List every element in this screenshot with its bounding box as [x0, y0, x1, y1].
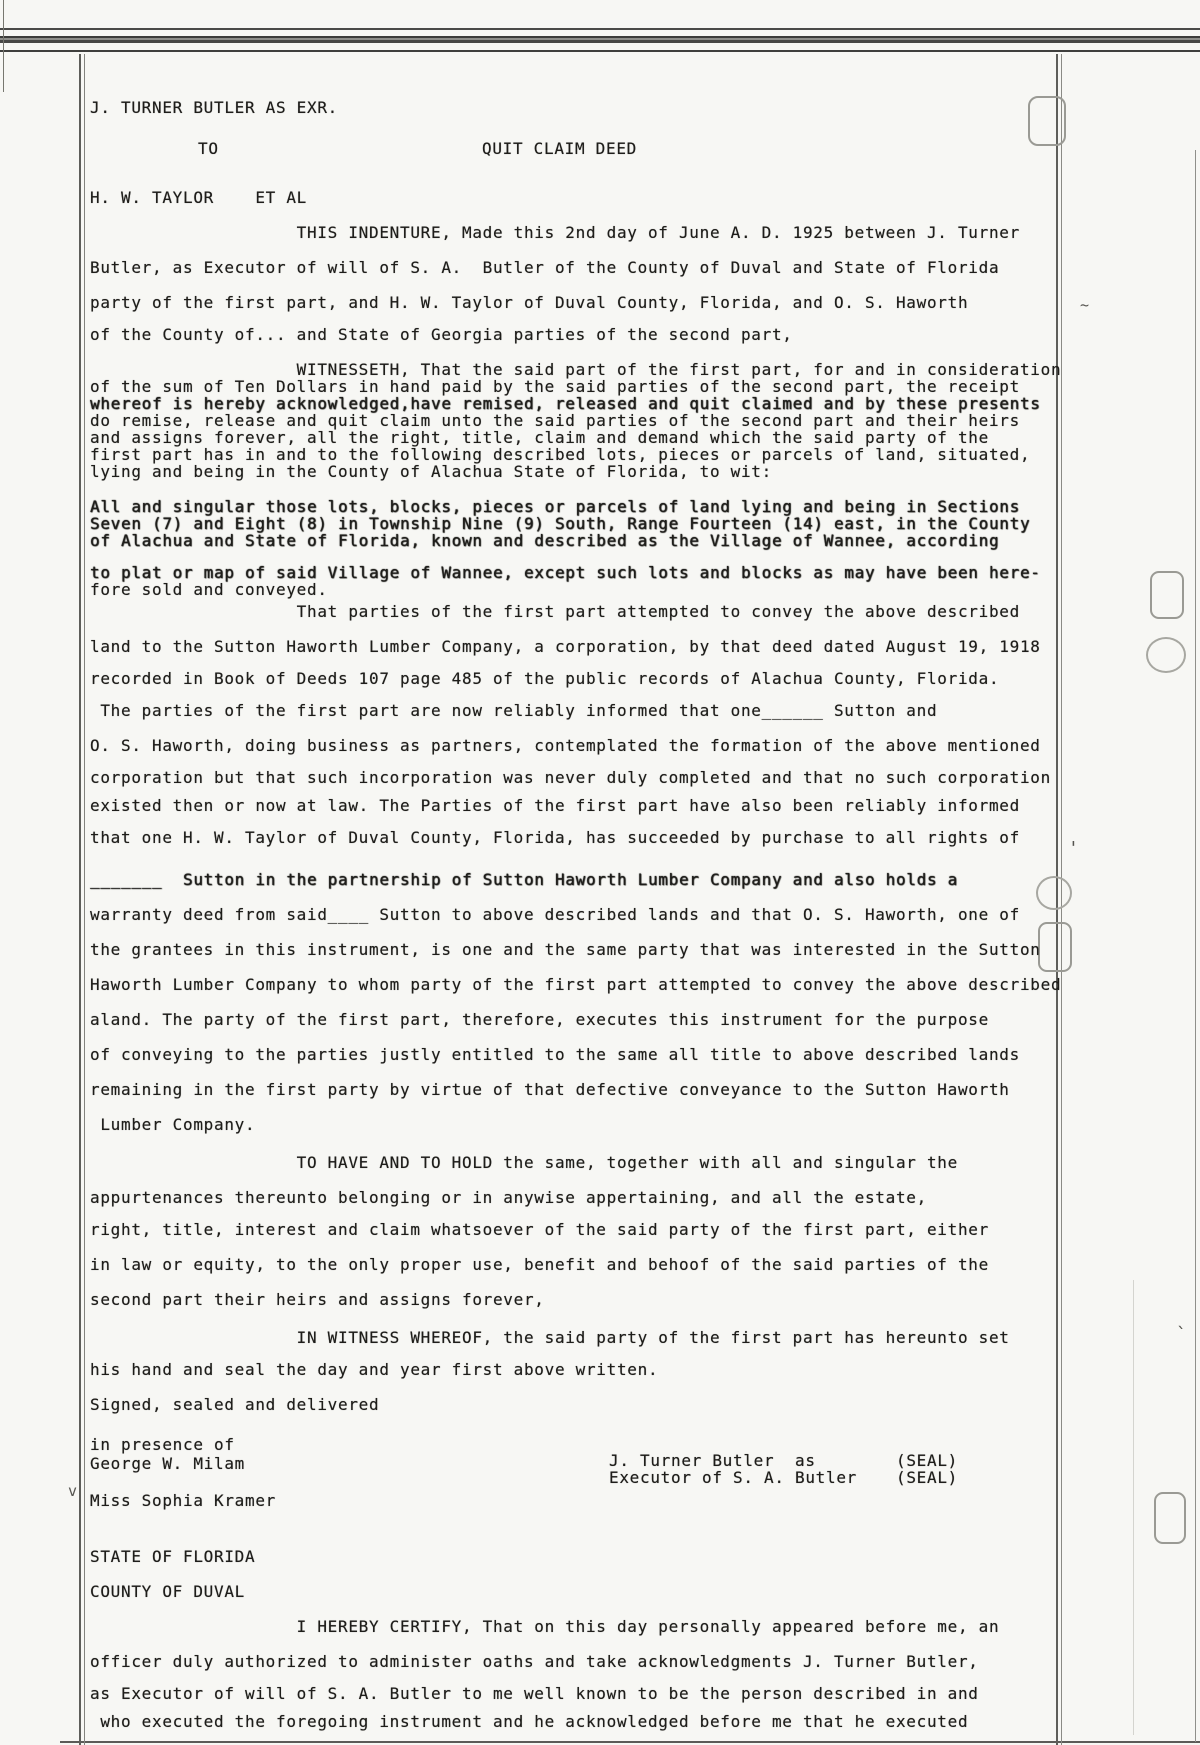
- signature-block: George W. Milam Miss Sophia Kramer J. Tu…: [90, 1448, 1080, 1543]
- notary-block: STATE OF FLORIDACOUNTY OF DUVAL I HEREBY…: [90, 1548, 1080, 1730]
- document-line: officer duly authorized to administer oa…: [90, 1653, 1080, 1670]
- document-line: THIS INDENTURE, Made this 2nd day of Jun…: [90, 224, 1080, 241]
- document-line: Haworth Lumber Company to whom party of …: [90, 976, 1080, 993]
- document-line: WITNESSETH, That the said part of the fi…: [90, 361, 1080, 378]
- document-text: J. TURNER BUTLER AS EXR. TO QUIT CLAIM D…: [90, 0, 1080, 1745]
- scanned-deed-page: v ' ~ ` J. TURNER BUTLER AS EXR. TO QUIT…: [0, 0, 1200, 1745]
- document-line: first part has in and to the following d…: [90, 446, 1080, 463]
- document-line: appurtenances thereunto belonging or in …: [90, 1189, 1080, 1206]
- document-line: of the County of... and State of Georgia…: [90, 326, 1080, 343]
- document-line: Signed, sealed and delivered: [90, 1396, 1080, 1413]
- page-edge-line: [1195, 150, 1196, 1742]
- caption-to: TO: [198, 140, 219, 157]
- document-line: remaining in the first party by virtue o…: [90, 1081, 1080, 1098]
- document-line: All and singular those lots, blocks, pie…: [90, 498, 1080, 515]
- seal-1: (SEAL): [896, 1452, 958, 1469]
- left-border-line-inner: [84, 54, 85, 1745]
- document-line: whereof is hereby acknowledged,have remi…: [90, 395, 1080, 412]
- punch-hole-outline: [1146, 637, 1186, 673]
- document-line: COUNTY OF DUVAL: [90, 1583, 1080, 1600]
- document-line: of conveying to the parties justly entit…: [90, 1046, 1080, 1063]
- document-line: land to the Sutton Haworth Lumber Compan…: [90, 638, 1080, 655]
- document-line: as Executor of will of S. A. Butler to m…: [90, 1685, 1080, 1702]
- document-line: _______ Sutton in the partnership of Sut…: [90, 871, 1080, 888]
- signer-line-1: J. Turner Butler as: [609, 1452, 816, 1469]
- witness-name-2: Miss Sophia Kramer: [90, 1492, 276, 1509]
- left-border-line: [79, 54, 81, 1745]
- document-line: I HEREBY CERTIFY, That on this day perso…: [90, 1618, 1080, 1635]
- document-line: Seven (7) and Eight (8) in Township Nine…: [90, 515, 1080, 532]
- punch-hole-outline: [1154, 1492, 1186, 1544]
- scan-streak: [1133, 1280, 1134, 1735]
- document-line: who executed the foregoing instrument an…: [90, 1713, 1080, 1730]
- document-line: STATE OF FLORIDA: [90, 1548, 1080, 1565]
- punch-hole-outline: [1150, 571, 1184, 619]
- document-line: do remise, release and quit claim unto t…: [90, 412, 1080, 429]
- document-line: of Alachua and State of Florida, known a…: [90, 532, 1080, 549]
- document-line: fore sold and conveyed.: [90, 581, 1080, 598]
- document-line: of the sum of Ten Dollars in hand paid b…: [90, 378, 1080, 395]
- document-line: TO HAVE AND TO HOLD the same, together w…: [90, 1154, 1080, 1171]
- document-line: party of the first part, and H. W. Taylo…: [90, 294, 1080, 311]
- document-line: to plat or map of said Village of Wannee…: [90, 564, 1080, 581]
- witness-name-1: George W. Milam: [90, 1455, 245, 1472]
- document-line: in law or equity, to the only proper use…: [90, 1256, 1080, 1273]
- document-line: IN WITNESS WHEREOF, the said party of th…: [90, 1329, 1080, 1346]
- scan-artifact-tick: `: [1176, 1324, 1188, 1345]
- document-line: lying and being in the County of Alachua…: [90, 463, 1080, 480]
- caption-party-2: H. W. TAYLOR ET AL: [90, 189, 307, 206]
- document-line: and assigns forever, all the right, titl…: [90, 429, 1080, 446]
- document-line: aland. The party of the first part, ther…: [90, 1011, 1080, 1028]
- document-line: The parties of the first part are now re…: [90, 702, 1080, 719]
- left-edge-line: [3, 0, 4, 92]
- deed-body: THIS INDENTURE, Made this 2nd day of Jun…: [90, 224, 1080, 1453]
- document-line: warranty deed from said____ Sutton to ab…: [90, 906, 1080, 923]
- document-line: the grantees in this instrument, is one …: [90, 941, 1080, 958]
- document-line: O. S. Haworth, doing business as partner…: [90, 737, 1080, 754]
- document-line: Butler, as Executor of will of S. A. But…: [90, 259, 1080, 276]
- document-line: right, title, interest and claim whatsoe…: [90, 1221, 1080, 1238]
- document-line: corporation but that such incorporation …: [90, 769, 1080, 786]
- document-line: second part their heirs and assigns fore…: [90, 1291, 1080, 1308]
- seal-2: (SEAL): [896, 1469, 958, 1486]
- document-line: recorded in Book of Deeds 107 page 485 o…: [90, 670, 1080, 687]
- document-line: existed then or now at law. The Parties …: [90, 797, 1080, 814]
- document-title: QUIT CLAIM DEED: [482, 140, 637, 157]
- scan-artifact-check: v: [68, 1482, 78, 1500]
- signer-line-2: Executor of S. A. Butler: [609, 1469, 857, 1486]
- document-line: That parties of the first part attempted…: [90, 603, 1080, 620]
- document-line: his hand and seal the day and year first…: [90, 1361, 1080, 1378]
- document-line: that one H. W. Taylor of Duval County, F…: [90, 829, 1080, 846]
- caption-party-1: J. TURNER BUTLER AS EXR.: [90, 99, 338, 116]
- scan-artifact-curve: ~: [1080, 296, 1090, 314]
- document-line: Lumber Company.: [90, 1116, 1080, 1133]
